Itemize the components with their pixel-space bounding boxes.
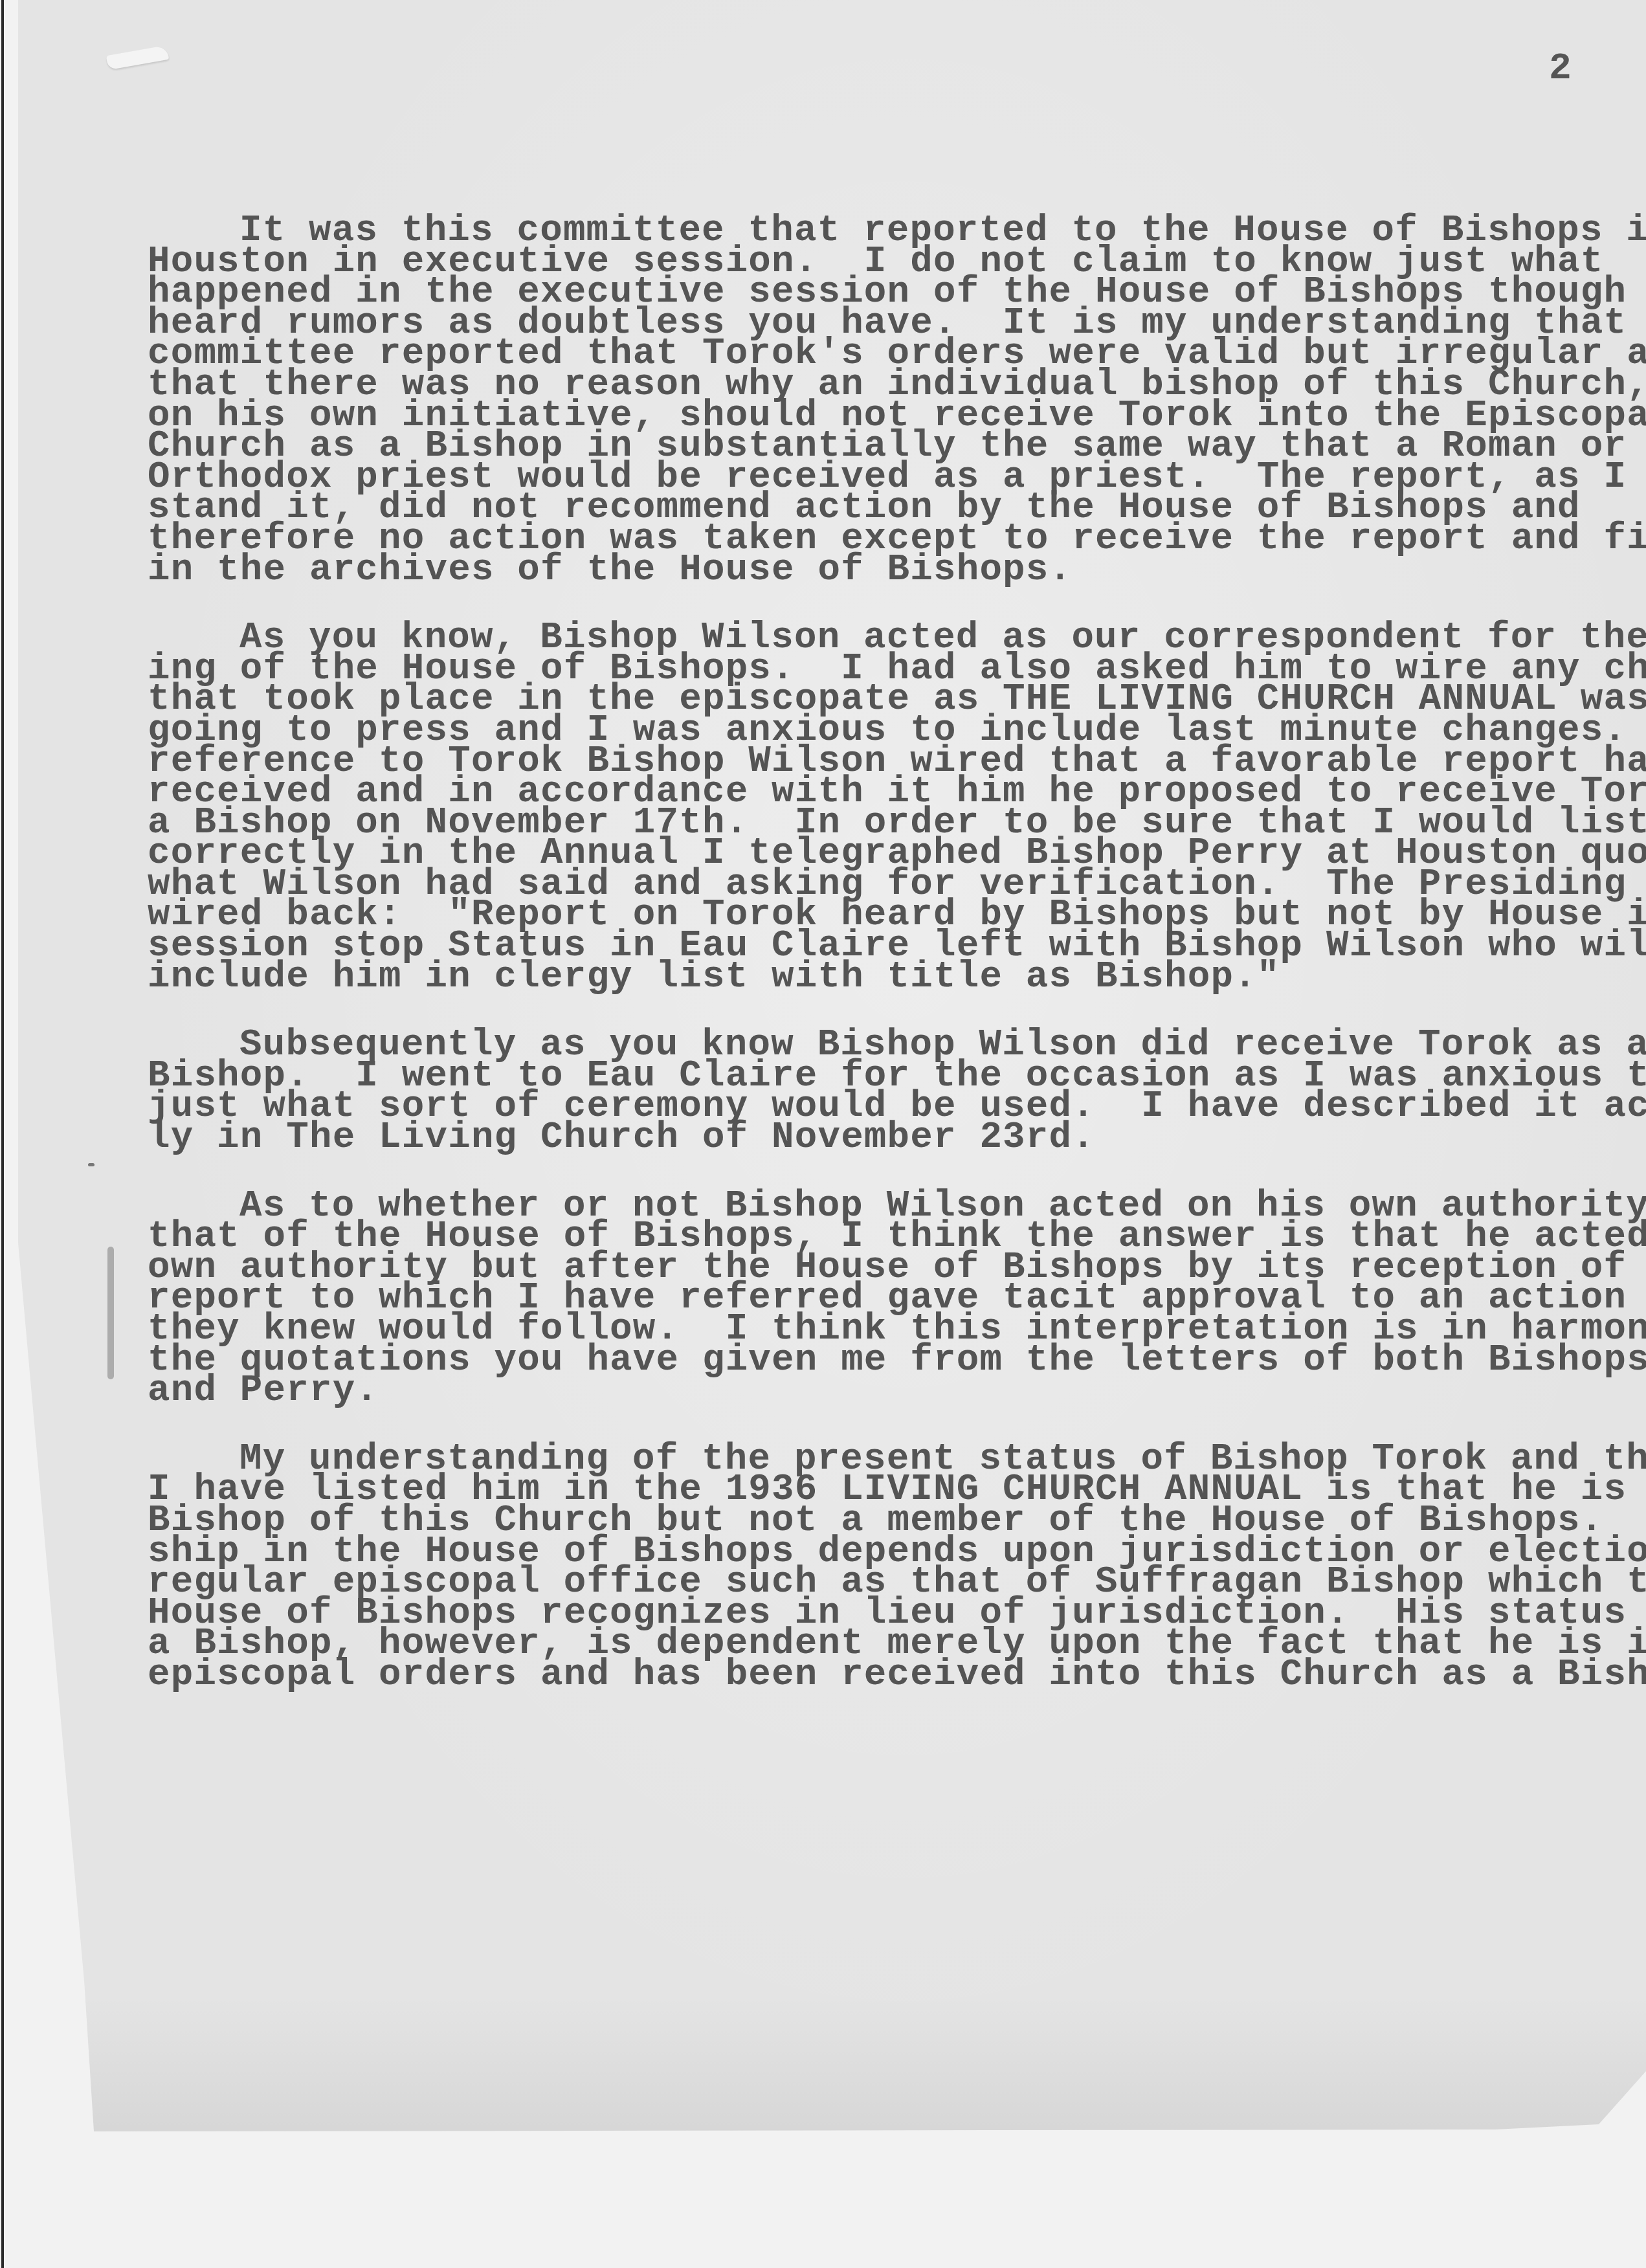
paragraph: My understanding of the present status o… (148, 1444, 1610, 1691)
text-line: episcopal orders and has been received i… (148, 1660, 1610, 1691)
paragraph: As you know, Bishop Wilson acted as our … (148, 623, 1610, 992)
margin-pencil-line (107, 1247, 114, 1379)
margin-dot-mark (88, 1163, 95, 1166)
scanner-border (1, 0, 4, 2268)
paragraph: Subsequently as you know Bishop Wilson d… (148, 1030, 1610, 1153)
page-number: 2 (1549, 50, 1572, 88)
paragraph: As to whether or not Bishop Wilson acted… (148, 1191, 1610, 1406)
paper-sheet: 2 It was this committee that reported to… (0, 0, 1646, 2268)
paragraph: It was this committee that reported to t… (148, 216, 1610, 585)
letter-body: It was this committee that reported to t… (148, 216, 1610, 1691)
